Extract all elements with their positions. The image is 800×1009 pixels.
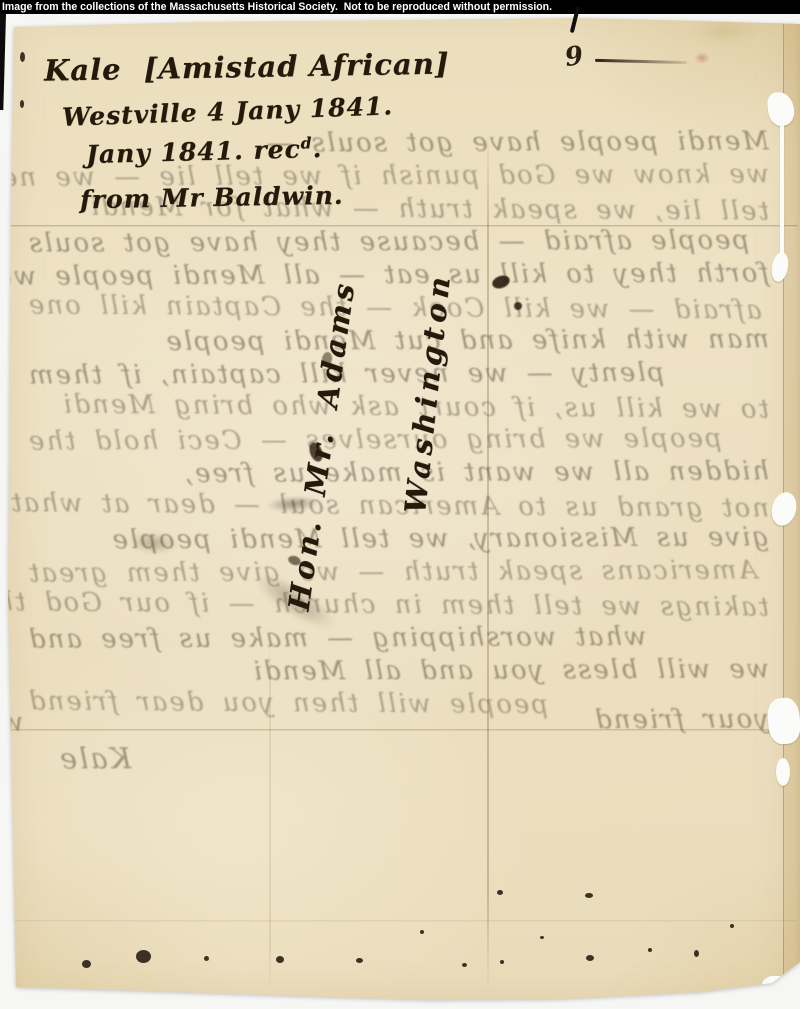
ink-speck: [20, 52, 25, 62]
credit-banner-text: Image from the collections of the Massac…: [0, 1, 552, 14]
ink-speck: [276, 956, 284, 963]
annotation-from-baldwin: from Mr Baldwin.: [80, 181, 344, 215]
paper-tear: [766, 697, 800, 746]
ink-speck: [136, 950, 151, 963]
bleedthrough-line: afraid — we kill Cook — the Captain kill…: [27, 290, 769, 327]
bleedthrough-line: Kale: [27, 738, 769, 773]
bleedthrough-line: your friend with dearest: [27, 704, 769, 739]
ink-speck: [356, 958, 363, 963]
ink-speck: [462, 963, 467, 967]
red-stain: [694, 52, 710, 64]
credit-banner: Image from the collections of the Massac…: [0, 0, 800, 14]
ink-speck: [204, 956, 209, 961]
ink-speck: [82, 960, 91, 968]
bleedthrough-line: we will bless you and all Mendi: [27, 654, 769, 689]
manuscript-sheet: Mendi people have got souls —we know we …: [0, 0, 800, 1009]
annotation-kale-amistad-african: Kale [Amistad African]: [44, 46, 450, 87]
manuscript-sheet-wrap: Mendi people have got souls —we know we …: [0, 0, 800, 1009]
ink-speck: [540, 936, 544, 939]
ink-speck: [420, 930, 424, 934]
received-date-period: .: [312, 134, 322, 163]
ink-speck: [500, 960, 504, 964]
bleedthrough-line: people afraid — because they have got so…: [27, 225, 769, 260]
bleedthrough-line: to we kill us, if court ask who bring Me…: [27, 389, 769, 426]
paper-tear: [762, 976, 800, 1006]
stain-smudge: [690, 18, 760, 44]
bleedthrough-line: what worshipping — make us free and: [27, 621, 769, 656]
bleedthrough-line: plenty — we never kill captain, if them: [27, 357, 769, 392]
ink-flourish-glyph: 9: [563, 41, 585, 73]
bleedthrough-line: man with knife and cut Mendi people: [27, 324, 769, 359]
bleedthrough-line: takings we tell them in church — if our …: [27, 587, 769, 624]
ink-speck: [730, 924, 734, 928]
paper-tear: [780, 122, 784, 272]
received-date-text: Jany 1841. rec: [86, 134, 301, 169]
ink-speck: [694, 950, 699, 957]
ink-flourish-mark: 9: [565, 42, 583, 72]
ink-blot: [514, 302, 522, 310]
bleedthrough-line: forth they to kill us eat — all Mendi pe…: [27, 258, 769, 293]
ink-speck: [585, 893, 593, 898]
received-date-superscript: d: [300, 133, 312, 152]
ink-speck: [586, 955, 594, 961]
ink-speck: [648, 948, 652, 952]
ink-speck: [497, 890, 503, 895]
bleedthrough-line: Americans speak truth — we give them gre…: [27, 555, 769, 590]
ink-speck: [20, 100, 24, 108]
paper-tear: [776, 758, 790, 786]
bleedthrough-line: people we bring ourselves — Ceci hold th…: [27, 423, 769, 458]
scanned-letter-page: Image from the collections of the Massac…: [0, 0, 800, 1009]
bleedthrough-line: hidden all we want is make us free,: [27, 456, 769, 491]
annotation-received-date: Jany 1841. recd.: [86, 133, 323, 169]
